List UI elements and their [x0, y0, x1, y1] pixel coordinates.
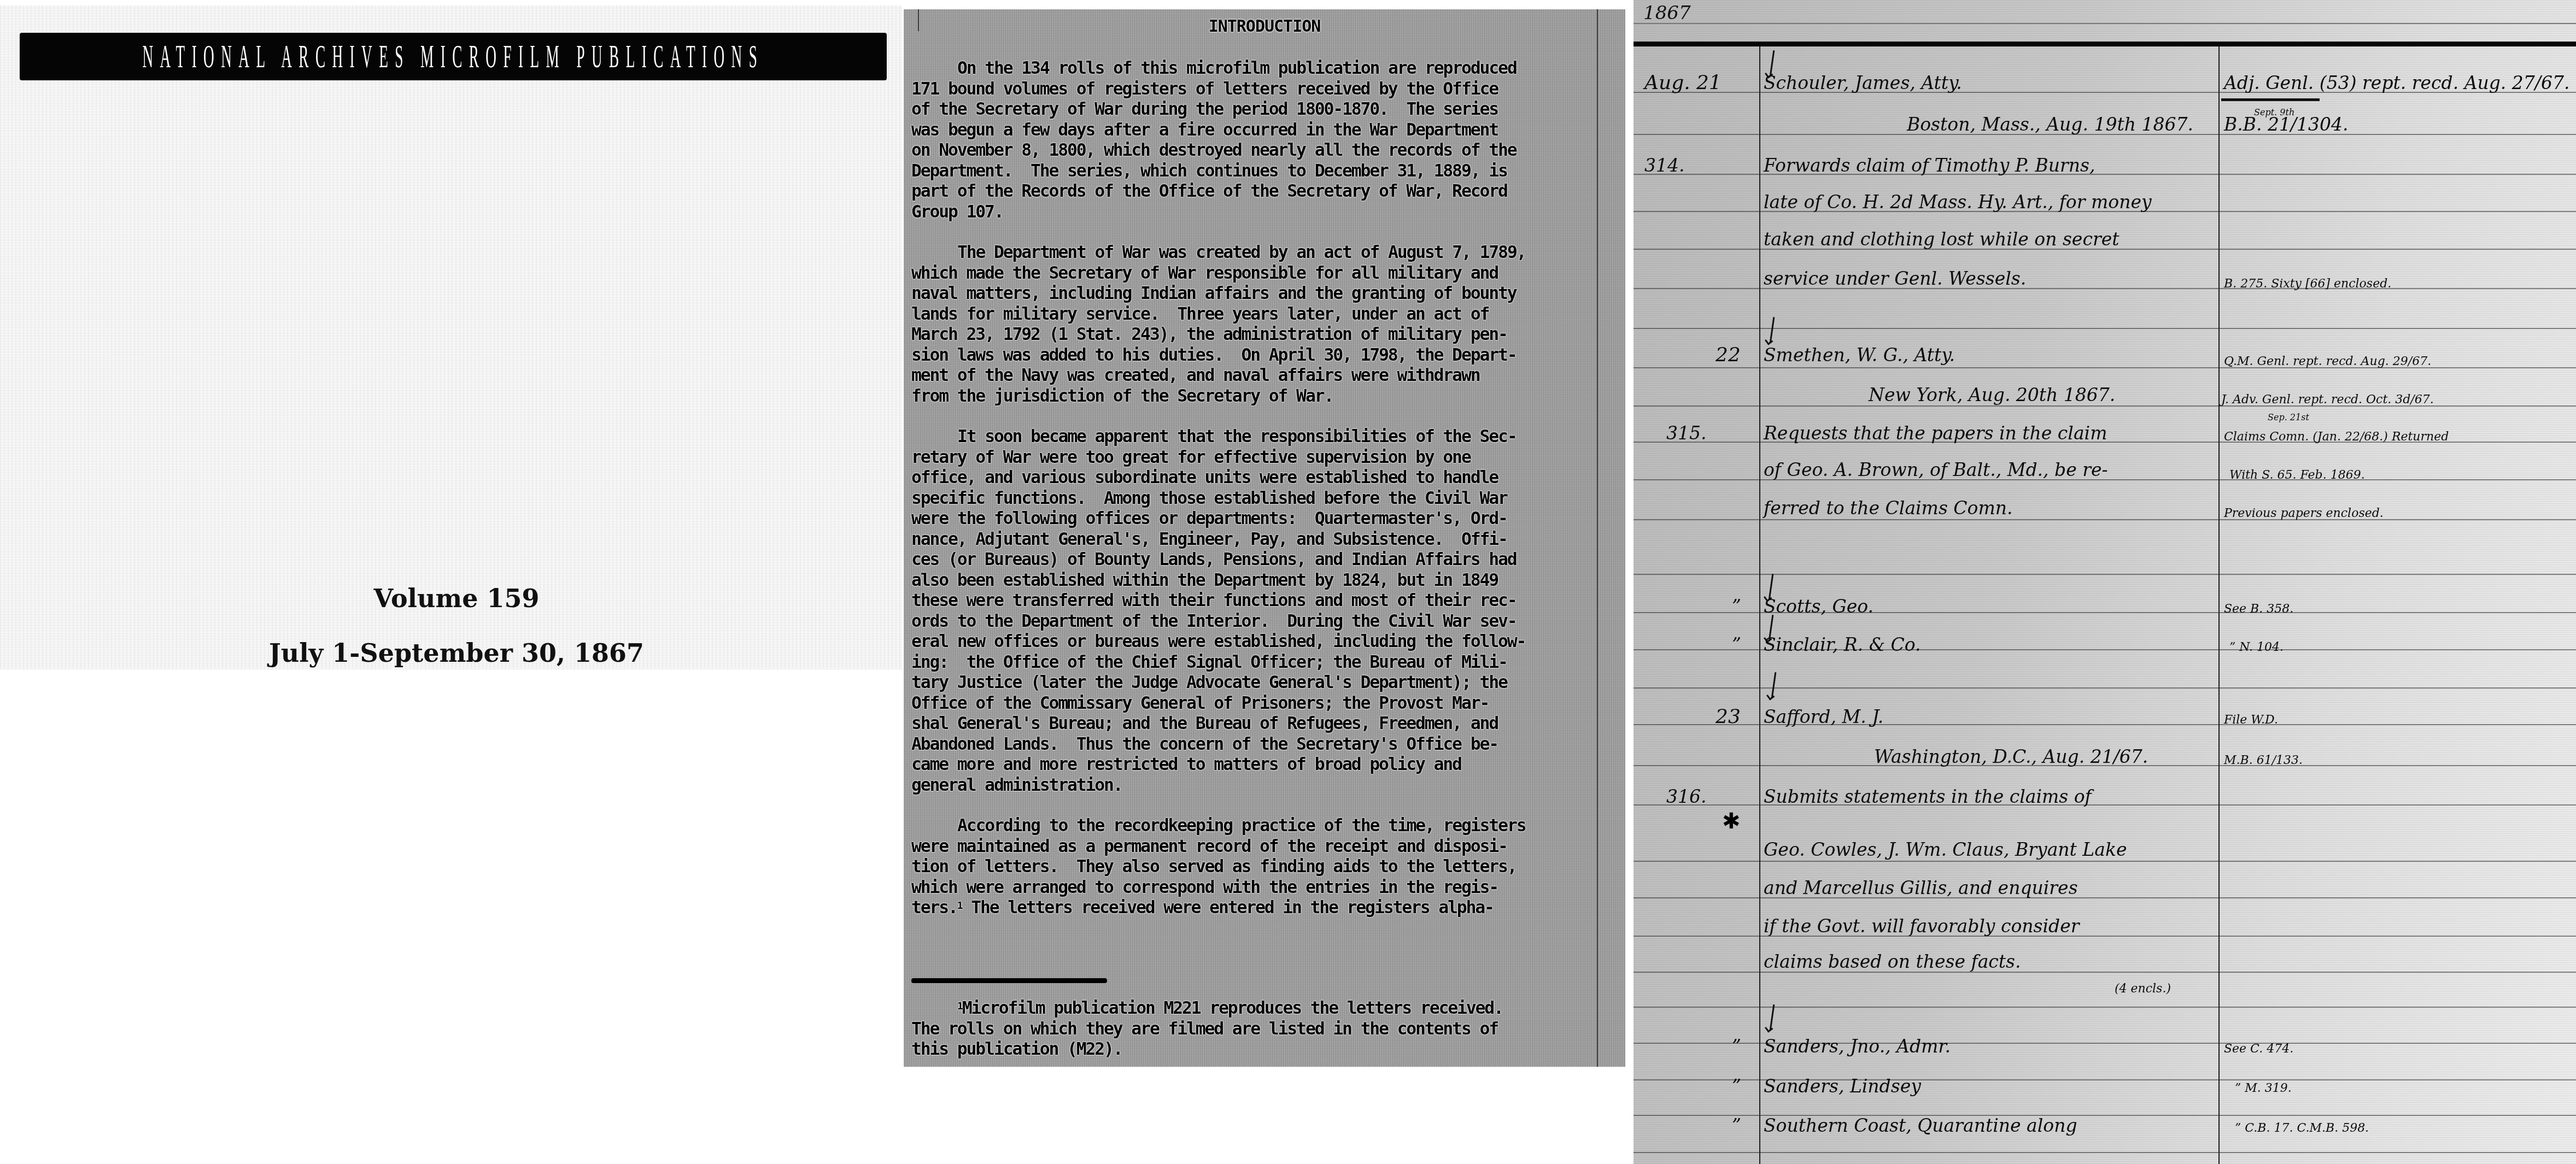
text-line: tary Justice (later the Judge Advocate G… — [911, 673, 1600, 693]
summary-line: claims based on these facts. — [1764, 951, 2021, 973]
summary-line: Forwards claim of Timothy P. Burns, — [1764, 155, 2095, 177]
text-line: from the jurisdiction of the Secretary o… — [911, 386, 1600, 407]
introduction-body: On the 134 rolls of this microfilm publi… — [911, 58, 1600, 919]
text-line: of the Secretary of War during the perio… — [911, 99, 1600, 120]
text-fragment: ters. — [911, 898, 957, 918]
text-line: The rolls on which they are filmed are l… — [911, 1019, 1600, 1040]
summary-line: service under Genl. Wessels. — [1764, 268, 2026, 290]
text-line: shal General's Bureau; and the Bureau of… — [911, 714, 1600, 734]
correspondent-name: Sanders, Jno., Admr. — [1764, 1036, 1951, 1057]
ruled-line — [1634, 519, 2576, 520]
ditto-mark: ” — [1732, 1036, 1741, 1057]
footnote-divider — [911, 978, 1107, 983]
footnote-reference: 1 — [957, 900, 962, 912]
page-texture — [0, 5, 902, 669]
text-fragment: Microfilm publication M221 reproduces th… — [962, 998, 1503, 1018]
correspondent-name: Smethen, W. G., Atty. — [1764, 344, 1955, 366]
check-mark-icon — [1770, 1004, 1775, 1031]
ledger-year: 1867 — [1643, 2, 1691, 24]
action-line: B. 275. Sixty [66] enclosed. — [2224, 273, 2391, 295]
action-line: With S. 65. Feb. 1869. — [2229, 465, 2365, 486]
summary-line: if the Govt. will favorably consider — [1764, 915, 2079, 937]
text-line: sion laws was added to his duties. On Ap… — [911, 345, 1600, 366]
text-line: eral new offices or bureaus were establi… — [911, 632, 1600, 652]
text-line: were the following offices or department… — [911, 509, 1600, 530]
text-line: nance, Adjutant General's, Engineer, Pay… — [911, 530, 1600, 550]
action-line: M.B. 61/133. — [2224, 750, 2303, 772]
summary-line: Geo. Cowles, J. Wm. Claus, Bryant Lake — [1764, 839, 2127, 861]
correspondent-name: Southern Coast, Quarantine along — [1764, 1115, 2077, 1137]
action-line: ” C.B. 17. C.M.B. 598. — [2235, 1118, 2369, 1139]
paragraph-4: According to the recordkeeping practice … — [911, 816, 1600, 919]
text-line: tion of letters. They also served as fin… — [911, 857, 1600, 878]
asterisk-icon: ✱ — [1722, 809, 1741, 834]
enclosure-note: (4 encls.) — [2115, 978, 2171, 1000]
action-line: Adj. Genl. (53) rept. recd. Aug. 27/67. — [2224, 72, 2569, 94]
entry-date: Aug. 21 — [1644, 72, 1722, 94]
title-page: NATIONAL ARCHIVES MICROFILM PUBLICATIONS… — [0, 0, 902, 1164]
text-line: The Department of War was created by an … — [911, 243, 1600, 263]
text-line: retary of War were too great for effecti… — [911, 448, 1600, 468]
action-line: See B. 358. — [2224, 598, 2293, 620]
text-line: was begun a few days after a fire occurr… — [911, 120, 1600, 141]
entry-number: 314. — [1644, 155, 1684, 177]
check-mark-icon — [1770, 317, 1775, 343]
ruled-line — [1634, 23, 2576, 24]
text-line: on November 8, 1800, which destroyed nea… — [911, 140, 1600, 161]
ledger-page: 1867 Aug. 21 Schouler, James, Atty. Bost… — [1634, 0, 2576, 1164]
summary-line: Submits statements in the claims of — [1764, 786, 2092, 808]
ditto-mark: ” — [1732, 1115, 1741, 1137]
ditto-mark: ” — [1732, 596, 1741, 618]
entry-number: 316. — [1666, 786, 1706, 808]
text-line: lands for military service. Three years … — [911, 304, 1600, 325]
correspondent-name: Sanders, Lindsey — [1764, 1075, 1921, 1097]
summary-line: Requests that the papers in the claim — [1764, 422, 2107, 444]
introduction-heading: INTRODUCTION — [904, 17, 1625, 36]
footnote: 1Microfilm publication M221 reproduces t… — [911, 998, 1600, 1060]
action-line: Q.M. Genl. rept. recd. Aug. 29/67. — [2224, 351, 2431, 373]
ruled-line — [1634, 367, 2576, 368]
ruled-line — [1634, 861, 2576, 862]
ditto-mark: ” — [1732, 634, 1741, 656]
footnote-marker: 1 — [957, 1001, 962, 1012]
text-line: these were transferred with their functi… — [911, 591, 1600, 612]
text-line: ment of the Navy was created, and naval … — [911, 366, 1600, 386]
action-line: See C. 474. — [2224, 1038, 2293, 1060]
origin-date: Washington, D.C., Aug. 21/67. — [1874, 746, 2148, 768]
text-line: 171 bound volumes of registers of letter… — [911, 79, 1600, 100]
text-line: 1Microfilm publication M221 reproduces t… — [911, 998, 1600, 1019]
text-line: ing: the Office of the Chief Signal Offi… — [911, 652, 1600, 673]
text-line: According to the recordkeeping practice … — [911, 816, 1600, 837]
entry-date: 22 — [1716, 344, 1741, 366]
text-line: this publication (M22). — [911, 1039, 1600, 1060]
text-line: naval matters, including Indian affairs … — [911, 284, 1600, 304]
summary-line: taken and clothing lost while on secret — [1764, 228, 2119, 250]
text-line: Abandoned Lands. Thus the concern of the… — [911, 734, 1600, 755]
banner-text: NATIONAL ARCHIVES MICROFILM PUBLICATIONS — [143, 38, 764, 75]
text-line: office, and various subordinate units we… — [911, 468, 1600, 489]
text-line: general administration. — [911, 775, 1600, 796]
action-line: ” N. 104. — [2229, 637, 2284, 659]
introduction-page: INTRODUCTION On the 134 rolls of this mi… — [904, 9, 1625, 1067]
ruled-line — [1634, 328, 2576, 329]
action-line: Claims Comn. (Jan. 22/68.) Returned — [2224, 426, 2449, 448]
text-line: Department. The series, which continues … — [911, 161, 1600, 182]
text-line: Group 107. — [911, 202, 1600, 223]
column-divider — [1759, 46, 1760, 1164]
origin-date: Boston, Mass., Aug. 19th 1867. — [1907, 114, 2193, 136]
text-line: ters.1 The letters received were entered… — [911, 898, 1600, 919]
ditto-mark: ” — [1732, 1075, 1741, 1097]
action-line: ” M. 319. — [2235, 1078, 2292, 1100]
text-line: On the 134 rolls of this microfilm publi… — [911, 58, 1600, 79]
ruled-line — [1634, 687, 2576, 689]
check-mark-icon — [1771, 672, 1777, 698]
correspondent-name: Sinclair, R. & Co. — [1764, 634, 1921, 656]
text-fragment: The letters received were entered in the… — [962, 898, 1493, 918]
text-line: March 23, 1792 (1 Stat. 243), the admini… — [911, 325, 1600, 345]
correspondent-name: Scotts, Geo. — [1764, 596, 1874, 618]
text-line: ords to the Department of the Interior. … — [911, 612, 1600, 632]
action-line: J. Adv. Genl. rept. recd. Oct. 3d/67. — [2221, 389, 2434, 411]
action-line: B.B. 21/1304. — [2224, 114, 2349, 136]
summary-line: ferred to the Claims Comn. — [1764, 497, 2013, 519]
volume-date-range: July 1-September 30, 1867 — [0, 638, 913, 668]
paragraph-1: On the 134 rolls of this microfilm publi… — [911, 58, 1600, 222]
text-line: Office of the Commissary General of Pris… — [911, 693, 1600, 714]
text-line: were maintained as a permanent record of… — [911, 837, 1600, 857]
entry-date: 23 — [1716, 706, 1741, 728]
text-line: also been established within the Departm… — [911, 571, 1600, 591]
ruled-line — [1634, 1152, 2576, 1153]
action-note: Sep. 21st — [2268, 407, 2309, 428]
action-line: File W.D. — [2224, 709, 2278, 731]
text-line: specific functions. Among those establis… — [911, 489, 1600, 509]
summary-line: and Marcellus Gillis, and enquires — [1764, 877, 2078, 899]
publication-banner: NATIONAL ARCHIVES MICROFILM PUBLICATIONS — [20, 33, 887, 80]
ruled-line — [1634, 1007, 2576, 1008]
text-line: which were arranged to correspond with t… — [911, 878, 1600, 898]
text-line: came more and more restricted to matters… — [911, 755, 1600, 775]
paragraph-3: It soon became apparent that the respons… — [911, 427, 1600, 796]
header-rule — [1634, 42, 2576, 46]
paragraph-2: The Department of War was created by an … — [911, 243, 1600, 407]
column-divider — [2218, 46, 2220, 1164]
correspondent-name: Safford, M. J. — [1764, 706, 1883, 728]
underline — [2221, 98, 2320, 101]
entry-number: 315. — [1666, 422, 1706, 444]
text-line: which made the Secretary of War responsi… — [911, 263, 1600, 284]
volume-number: Volume 159 — [0, 584, 913, 613]
text-line: ces (or Bureaus) of Bounty Lands, Pensio… — [911, 550, 1600, 571]
action-line: Previous papers enclosed. — [2224, 503, 2384, 525]
origin-date: New York, Aug. 20th 1867. — [1869, 384, 2115, 406]
summary-line: late of Co. H. 2d Mass. Hy. Art., for mo… — [1764, 191, 2152, 213]
summary-line: of Geo. A. Brown, of Balt., Md., be re- — [1764, 459, 2108, 481]
ruled-line — [1634, 574, 2576, 575]
correspondent-name: Schouler, James, Atty. — [1764, 72, 1962, 94]
text-line: It soon became apparent that the respons… — [911, 427, 1600, 448]
text-line: part of the Records of the Office of the… — [911, 181, 1600, 202]
